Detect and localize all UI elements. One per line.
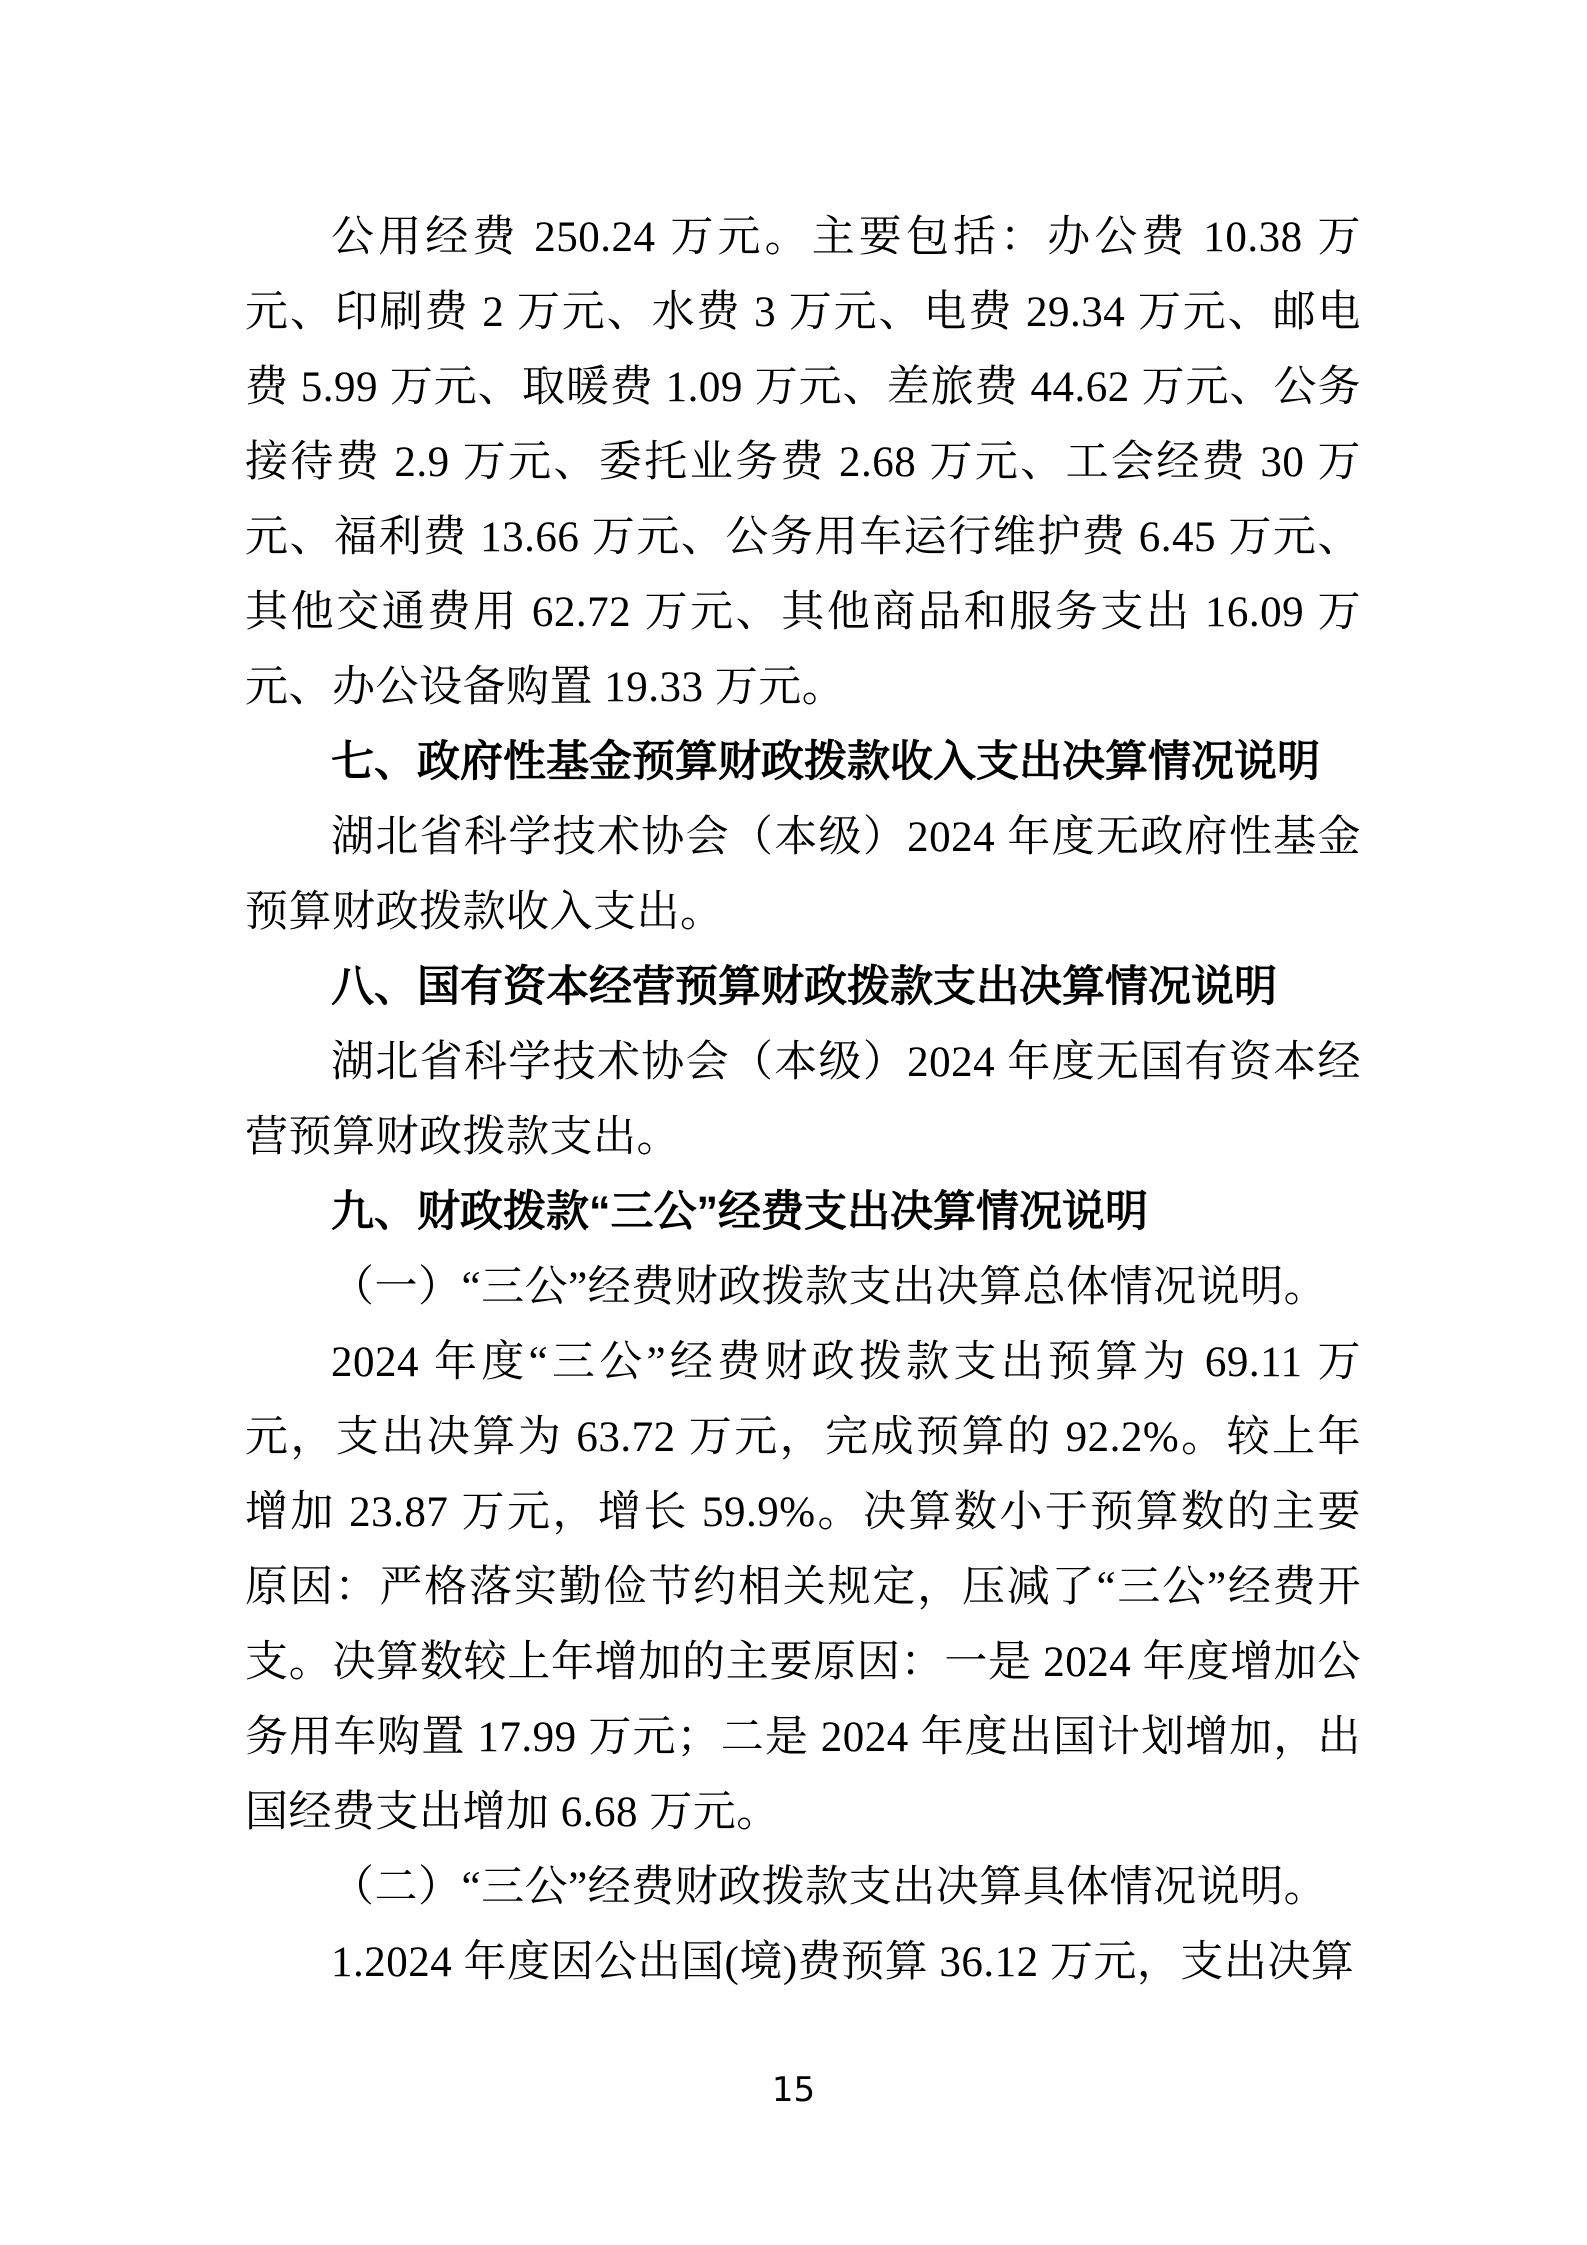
paragraph-public-expense-breakdown: 公用经费 250.24 万元。主要包括：办公费 10.38 万元、印刷费 2 万… [245,200,1361,725]
paragraph-subheading-overall-situation: （一）“三公”经费财政拨款支出决算总体情况说明。 [245,1250,1361,1325]
document-page: 公用经费 250.24 万元。主要包括：办公费 10.38 万元、印刷费 2 万… [0,0,1587,2245]
document-body: 公用经费 250.24 万元。主要包括：办公费 10.38 万元、印刷费 2 万… [245,200,1361,2000]
section-heading-9-three-public-expenses: 九、财政拨款“三公”经费支出决算情况说明 [245,1175,1361,1250]
paragraph-three-public-overall-figures: 2024 年度“三公”经费财政拨款支出预算为 69.11 万元，支出决算为 63… [245,1325,1361,1850]
section-heading-7-government-fund-budget: 七、政府性基金预算财政拨款收入支出决算情况说明 [245,725,1361,800]
paragraph-subheading-specific-situation: （二）“三公”经费财政拨款支出决算具体情况说明。 [245,1850,1361,1925]
paragraph-overseas-travel-expense: 1.2024 年度因公出国(境)费预算 36.12 万元，支出决算 [245,1925,1361,2000]
page-number: 15 [0,2072,1587,2108]
paragraph-no-state-capital: 湖北省科学技术协会（本级）2024 年度无国有资本经营预算财政拨款支出。 [245,1025,1361,1175]
section-heading-8-state-capital-budget: 八、国有资本经营预算财政拨款支出决算情况说明 [245,950,1361,1025]
paragraph-no-government-fund: 湖北省科学技术协会（本级）2024 年度无政府性基金预算财政拨款收入支出。 [245,800,1361,950]
